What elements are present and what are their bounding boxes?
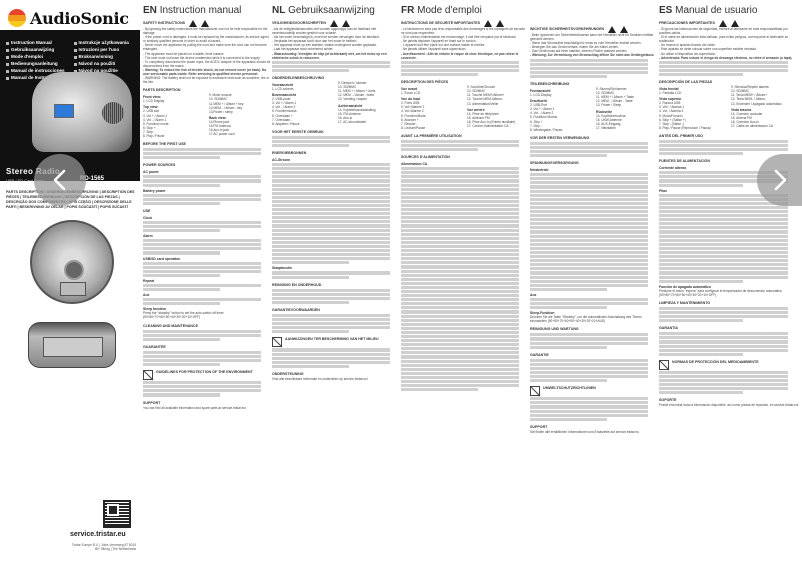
control-knob xyxy=(64,260,84,280)
crossed-bin-icon xyxy=(659,360,669,370)
bullet-icon xyxy=(6,56,9,59)
brand-name: AudioSonic xyxy=(30,9,129,28)
warning-icon xyxy=(608,26,616,33)
language-item: Bedienungsanleitung xyxy=(6,61,71,67)
service-url: service.tristar.eu xyxy=(70,531,126,538)
bullet-icon xyxy=(6,77,9,80)
environment-section: AANWIJZINGEN TER BESCHERMING VAN HET MIL… xyxy=(272,337,400,347)
top-view-diagram xyxy=(30,220,114,304)
chevron-right-icon xyxy=(768,168,792,192)
safety-heading: PRECAUCIONES IMPORTANTES xyxy=(659,20,799,27)
parts-grid: Vue avant 1. Écran LCD Vue du haut 2. Po… xyxy=(401,85,529,130)
crossed-bin-icon xyxy=(143,370,153,380)
safety-list: Beim Ignorieren der Sicherheitshinweise … xyxy=(530,33,658,58)
chevron-left-icon xyxy=(48,168,72,192)
language-item: Gebruiksaanwijzing xyxy=(6,47,71,53)
back-view-diagram xyxy=(28,322,116,368)
audiosonic-logo-icon xyxy=(8,9,26,27)
warning-icon xyxy=(496,20,504,27)
warning-icon xyxy=(719,20,727,27)
radio-speaker xyxy=(102,102,124,124)
safety-list: By ignoring the safety instructions the … xyxy=(143,27,271,84)
bullet-icon xyxy=(6,49,9,52)
safety-list: Si ignora las instrucciones de seguridad… xyxy=(659,27,799,60)
environment-section: NORMAS DE PROTECCIÓN DEL MEDIOAMBIENTE xyxy=(659,360,799,370)
company-address: Tristar Europe B.V. | Jules Verneweg 87 … xyxy=(70,543,136,551)
section-title-es: ES Manual de usuario xyxy=(659,5,799,16)
column-es: ES Manual de usuario PRECAUCIONES IMPORT… xyxy=(659,0,799,566)
language-item: Návod na použití xyxy=(74,61,139,67)
environment-section: GUIDELINES FOR PROTECTION OF THE ENVIRON… xyxy=(143,370,271,380)
crossed-bin-icon xyxy=(272,337,282,347)
warning-icon xyxy=(484,20,492,27)
bullet-icon xyxy=(74,56,77,59)
column-de: WICHTIGE SICHERHEITSVORKEHRUNGEN Beim Ig… xyxy=(530,0,658,566)
display-callout xyxy=(60,282,86,296)
bullet-icon xyxy=(6,63,9,66)
parts-grid: Vooraanzicht 1. LCD-scherm Bovenaanzicht… xyxy=(272,81,400,126)
column-fr: FR Mode d'emploi INSTRUCTIONS DE SÉCURIT… xyxy=(401,0,529,566)
radio-product-image xyxy=(32,72,132,152)
safety-heading: VEILIGHEIDSVOORSCHRIFTEN xyxy=(272,20,400,27)
bullet-icon xyxy=(74,63,77,66)
section-title-nl: NL Gebruiksaanwijzing xyxy=(272,5,400,16)
cover-column: AudioSonic Instruction Manual Instrukcje… xyxy=(0,0,140,566)
language-item: Instrukcje użytkowania xyxy=(74,40,139,46)
language-item: Instruction Manual xyxy=(6,40,71,46)
safety-list: Le fabricant ne sera pas tenu responsabl… xyxy=(401,27,529,60)
warning-icon xyxy=(330,20,338,27)
language-item: Istruzioni per l'uso xyxy=(74,47,139,53)
warning-icon xyxy=(189,20,197,27)
language-item: Mode d'emploi xyxy=(6,54,71,60)
manual-page: AudioSonic Instruction Manual Instrukcje… xyxy=(0,0,802,566)
bullet-icon xyxy=(74,42,77,45)
warning-icon xyxy=(201,20,209,27)
safety-heading: INSTRUCTIONS DE SÉCURITÉ IMPORTANTES xyxy=(401,20,529,27)
parts-grid: Frontansicht 1. LCD-Display Draufsicht 2… xyxy=(530,87,658,132)
parts-grid: Vista frontal 1. Pantalla LCD Vista supe… xyxy=(659,85,799,130)
next-page-button[interactable] xyxy=(757,154,802,206)
radio-lcd xyxy=(54,104,74,118)
bullet-icon xyxy=(74,49,77,52)
safety-list: Als de veiligheidsinstructies niet worde… xyxy=(272,27,400,60)
language-item: Bruksanvisning xyxy=(74,54,139,60)
column-en: EN Instruction manual SAFETY INSTRUCTION… xyxy=(143,0,271,566)
previous-page-button[interactable] xyxy=(34,154,86,206)
crossed-bin-icon xyxy=(530,386,540,396)
warning-icon xyxy=(731,20,739,27)
safety-heading: SAFETY INSTRUCTIONS xyxy=(143,20,271,27)
brand-logo: AudioSonic xyxy=(8,6,134,30)
back-panel xyxy=(43,337,103,357)
section-title-fr: FR Mode d'emploi xyxy=(401,5,529,16)
qr-code xyxy=(103,500,131,528)
bullet-icon xyxy=(6,42,9,45)
warning-icon xyxy=(342,20,350,27)
warning-icon xyxy=(620,26,628,33)
column-nl: NL Gebruiksaanwijzing VEILIGHEIDSVOORSCH… xyxy=(272,0,400,566)
bullet-icon xyxy=(6,70,9,73)
safety-heading: WICHTIGE SICHERHEITSVORKEHRUNGEN xyxy=(530,26,658,33)
parts-grid: Front view: 1. LCD Display Top view: 2. … xyxy=(143,93,271,138)
environment-section: UMWELTSCHUTZRICHTLINIEN xyxy=(530,386,658,396)
section-title-en: EN Instruction manual xyxy=(143,5,271,16)
